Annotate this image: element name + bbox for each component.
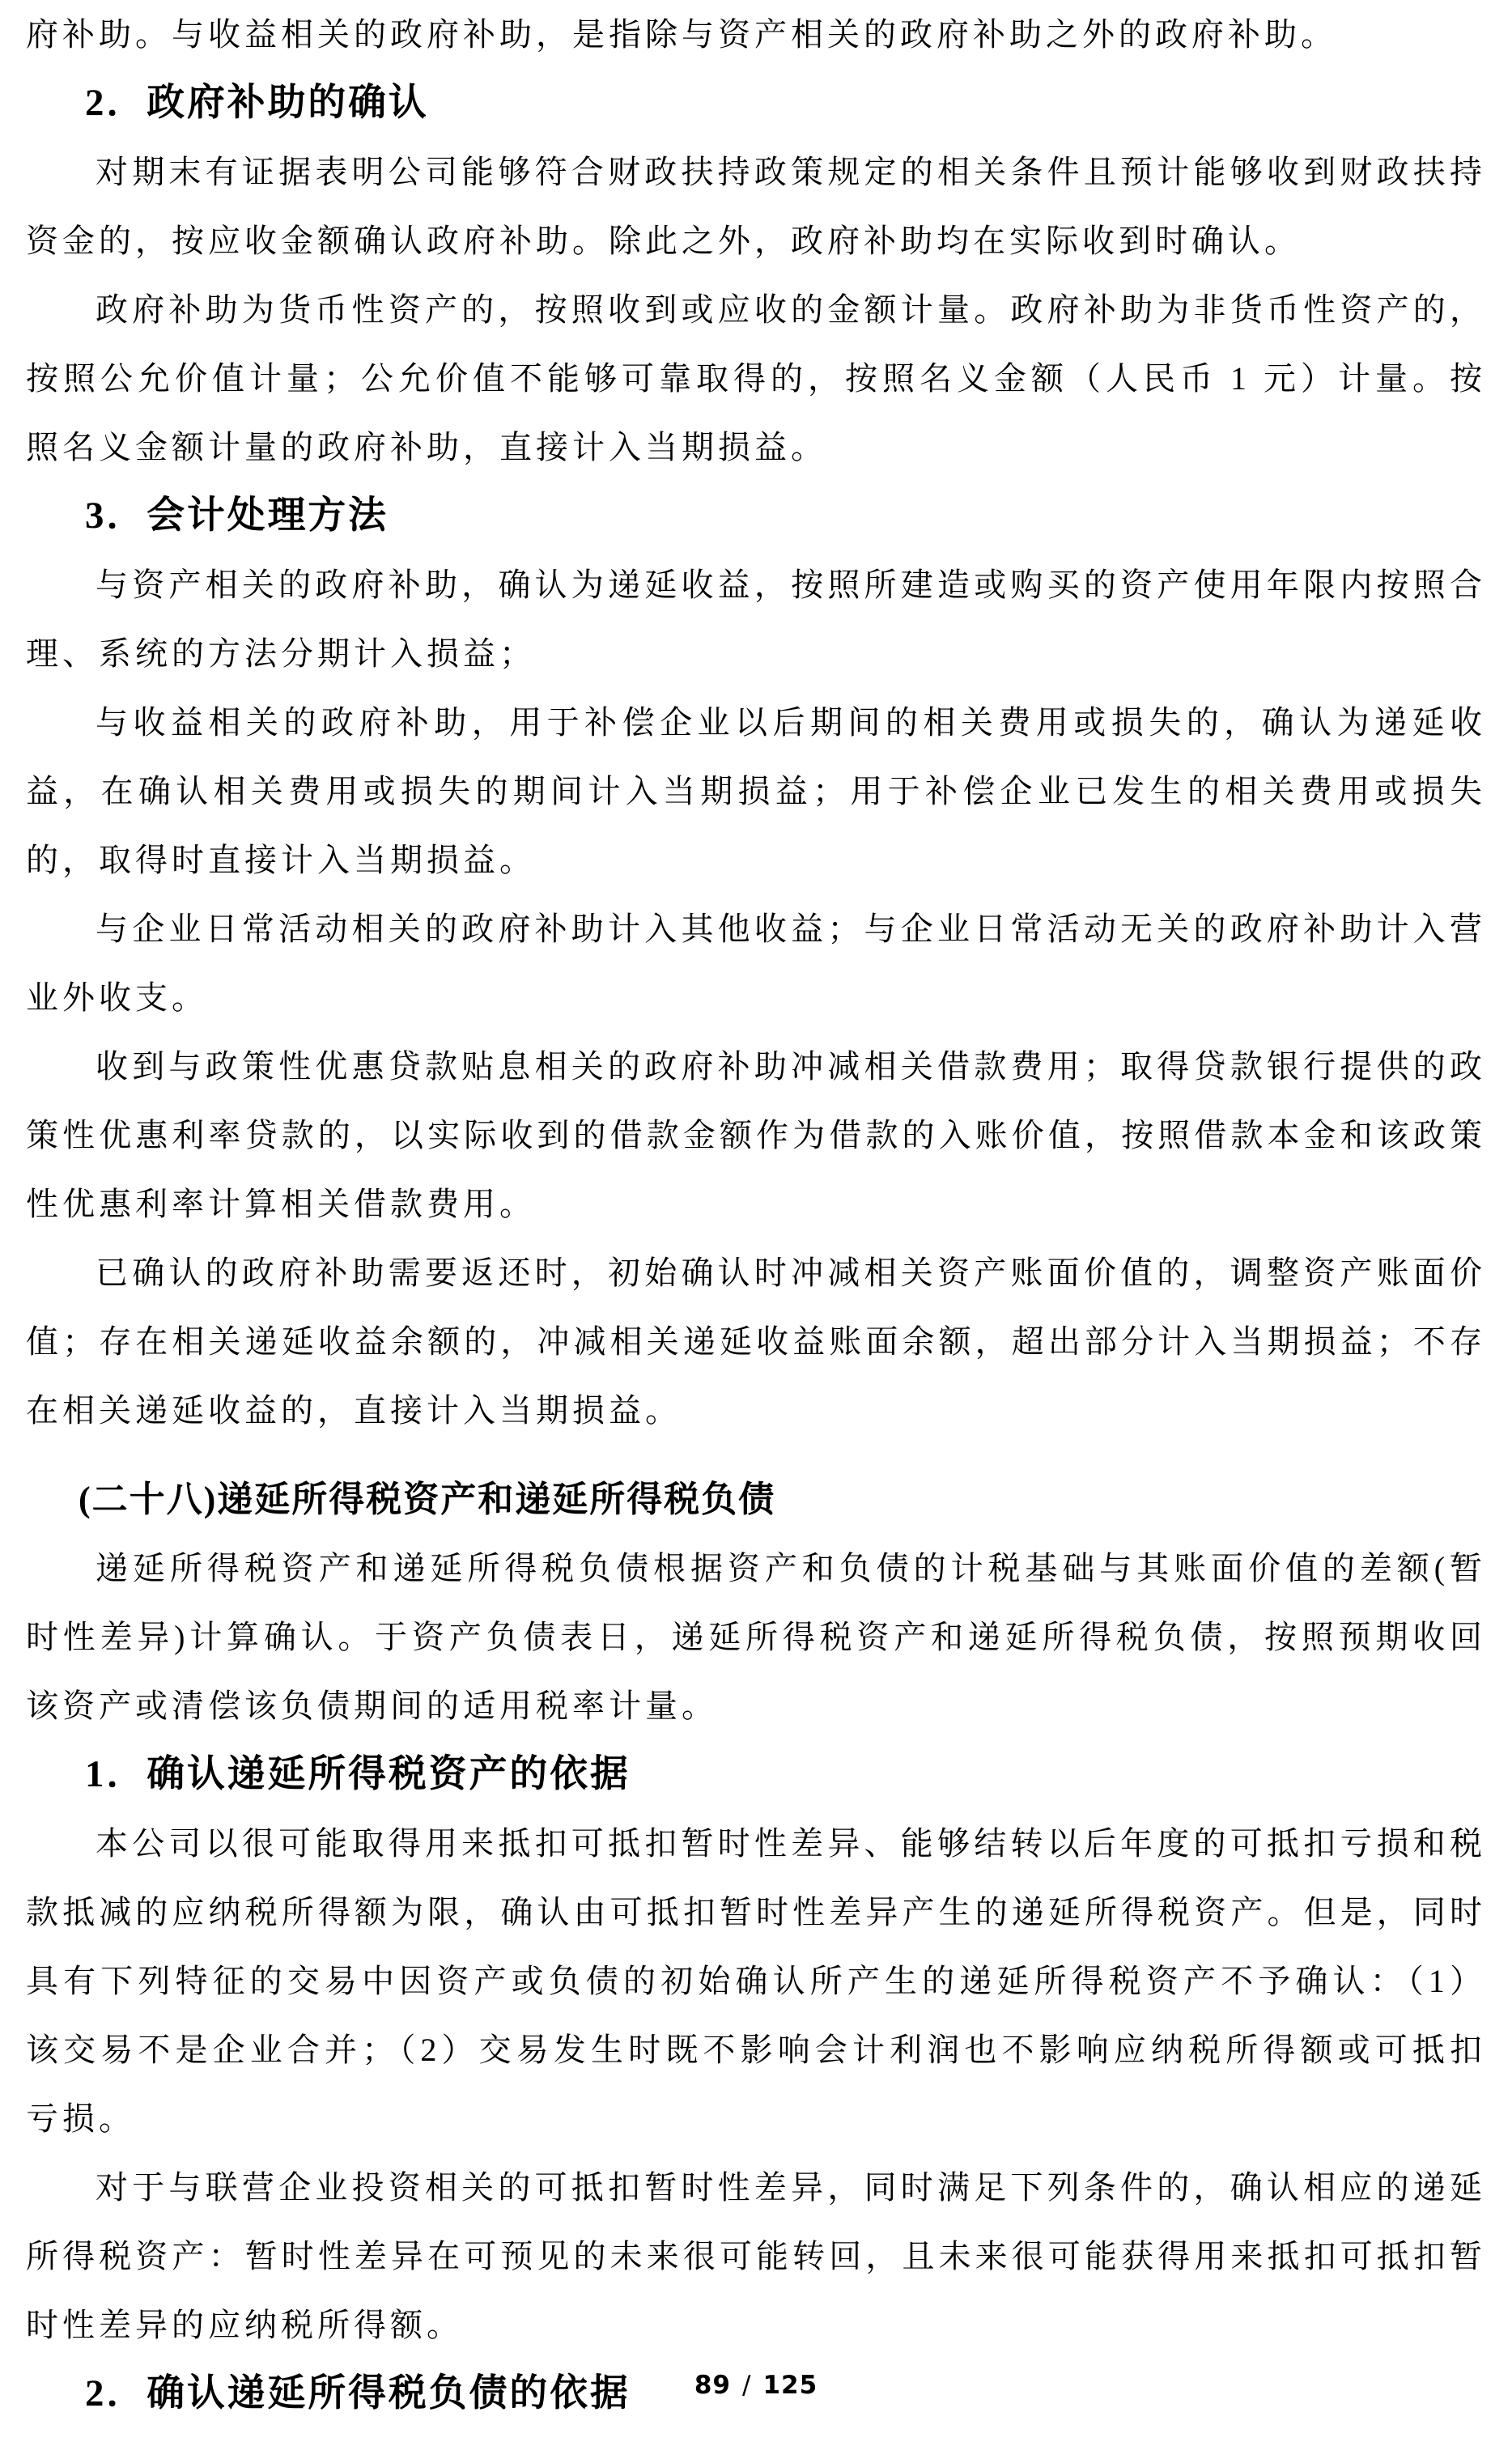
paragraph: 对期末有证据表明公司能够符合财政扶持政策规定的相关条件且预计能够收到财政扶持资金… — [26, 138, 1486, 275]
document-page: 府补助。与收益相关的政府补助，是指除与资产相关的政府补助之外的政府补助。 2．政… — [0, 0, 1512, 2446]
page-number-footer: 89/125 — [0, 2369, 1512, 2401]
paragraph: 收到与政策性优惠贷款贴息相关的政府补助冲减相关借款费用；取得贷款银行提供的政策性… — [26, 1032, 1486, 1238]
page-number-separator: / — [742, 2369, 751, 2401]
document-body: 府补助。与收益相关的政府补助，是指除与资产相关的政府补助之外的政府补助。 2．政… — [26, 0, 1486, 2428]
total-page-count: 125 — [762, 2369, 818, 2401]
paragraph: 与收益相关的政府补助，用于补偿企业以后期间的相关费用或损失的，确认为递延收益，在… — [26, 688, 1486, 894]
heading-deferred-tax-asset-basis: 1．确认递延所得税资产的依据 — [26, 1740, 1486, 1809]
paragraph-continuation: 府补助。与收益相关的政府补助，是指除与资产相关的政府补助之外的政府补助。 — [26, 0, 1486, 69]
paragraph: 与企业日常活动相关的政府补助计入其他收益；与企业日常活动无关的政府补助计入营业外… — [26, 894, 1486, 1032]
heading-gov-subsidy-recognition: 2．政府补助的确认 — [26, 69, 1486, 138]
heading-accounting-treatment: 3．会计处理方法 — [26, 482, 1486, 550]
paragraph: 递延所得税资产和递延所得税负债根据资产和负债的计税基础与其账面价值的差额(暂时性… — [26, 1534, 1486, 1740]
heading-deferred-tax-section: (二十八)递延所得税资产和递延所得税负债 — [26, 1465, 1486, 1534]
paragraph: 政府补助为货币性资产的，按照收到或应收的金额计量。政府补助为非货币性资产的，按照… — [26, 275, 1486, 482]
current-page-number: 89 — [694, 2369, 731, 2401]
paragraph: 对于与联营企业投资相关的可抵扣暂时性差异，同时满足下列条件的，确认相应的递延所得… — [26, 2153, 1486, 2359]
paragraph: 已确认的政府补助需要返还时，初始确认时冲减相关资产账面价值的，调整资产账面价值；… — [26, 1238, 1486, 1445]
paragraph: 与资产相关的政府补助，确认为递延收益，按照所建造或购买的资产使用年限内按照合理、… — [26, 550, 1486, 688]
paragraph: 本公司以很可能取得用来抵扣可抵扣暂时性差异、能够结转以后年度的可抵扣亏损和税款抵… — [26, 1809, 1486, 2153]
